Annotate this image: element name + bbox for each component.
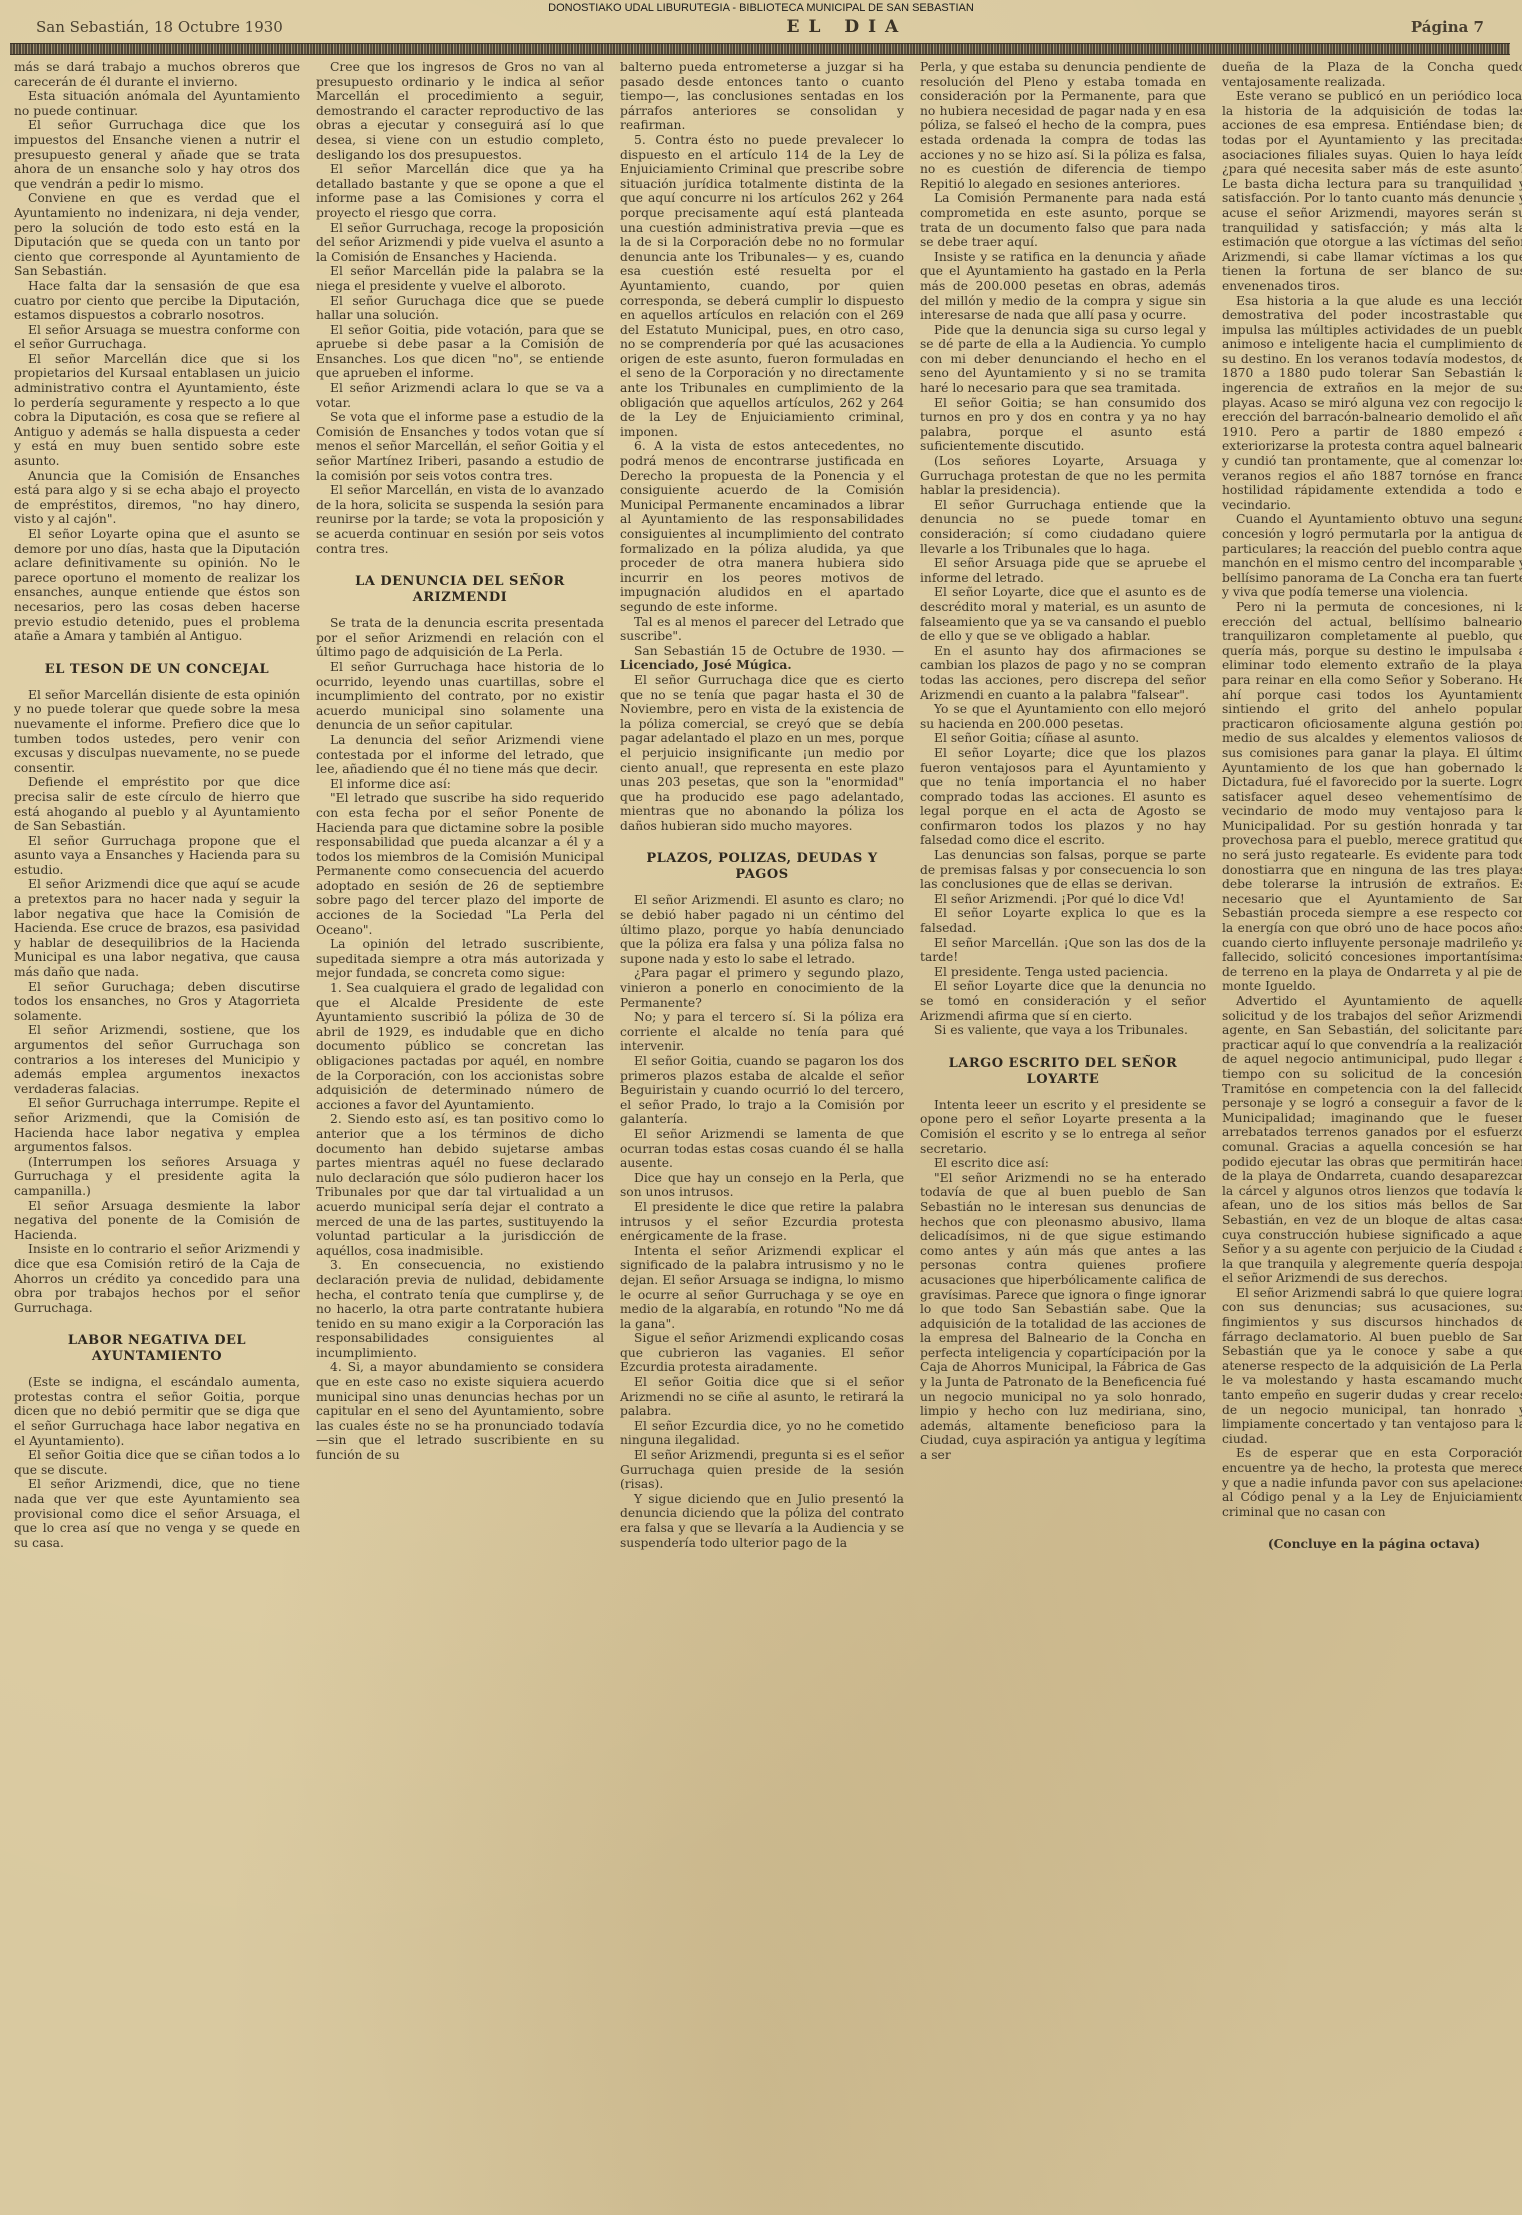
article-paragraph: Defiende el empréstito por que dice prec… xyxy=(14,775,300,833)
article-paragraph: (Los señores Loyarte, Arsuaga y Gurrucha… xyxy=(920,454,1206,498)
masthead-rule xyxy=(10,43,1510,55)
article-paragraph: El señor Guruchaga dice que se puede hal… xyxy=(316,294,604,323)
article-paragraph: El señor Gurruchaga dice que es cierto q… xyxy=(620,673,904,834)
article-paragraph: El señor Arizmendi dice que aquí se acud… xyxy=(14,877,300,979)
article-paragraph: El señor Goitia; se han consumido dos tu… xyxy=(920,396,1206,454)
article-columns: más se dará trabajo a muchos obreros que… xyxy=(12,60,1512,2205)
article-paragraph: El señor Gurruchaga interrumpe. Repite e… xyxy=(14,1096,300,1154)
article-paragraph: Si es valiente, que vaya a los Tribunale… xyxy=(920,1023,1206,1038)
article-paragraph: Conviene en que es verdad que el Ayuntam… xyxy=(14,191,300,279)
article-paragraph: El señor Arizmendi se lamenta de que ocu… xyxy=(620,1127,904,1171)
article-paragraph: 3. En consecuencia, no existiendo declar… xyxy=(316,1258,604,1360)
article-paragraph: Esta situación anómala del Ayuntamiento … xyxy=(14,89,300,118)
article-paragraph: ¿Para pagar el primero y segundo plazo, … xyxy=(620,966,904,1010)
article-paragraph: Pero ni la permuta de concesiones, ni la… xyxy=(1222,600,1522,994)
article-paragraph: El señor Arizmendi, dice, que no tiene n… xyxy=(14,1477,300,1550)
section-heading: EL TESON DE UN CONCEJAL xyxy=(20,662,294,678)
article-paragraph: El presidente. Tenga usted paciencia. xyxy=(920,965,1206,980)
article-paragraph: Dice que hay un consejo en la Perla, que… xyxy=(620,1171,904,1200)
section-heading: LARGO ESCRITO DEL SEÑOR LOYARTE xyxy=(926,1056,1200,1088)
article-paragraph: Es de esperar que en esta Corporación en… xyxy=(1222,1446,1522,1519)
section-heading: LA DENUNCIA DEL SEÑOR ARIZMENDI xyxy=(322,574,598,606)
article-paragraph: Se trata de la denuncia escrita presenta… xyxy=(316,616,604,660)
article-paragraph: 6. A la vista de estos antecedentes, no … xyxy=(620,439,904,614)
article-paragraph: En el asunto hay dos afirmaciones se cam… xyxy=(920,644,1206,702)
article-paragraph: El señor Arizmendi aclara lo que se va a… xyxy=(316,381,604,410)
article-paragraph: El señor Gurruchaga dice que los impuest… xyxy=(14,118,300,191)
masthead: San Sebastián, 18 Octubre 1930 EL DIA Pá… xyxy=(36,14,1484,40)
article-paragraph: Y sigue diciendo que en Julio presentó l… xyxy=(620,1492,904,1550)
signature: Licenciado, José Múgica. xyxy=(620,657,792,672)
article-paragraph: El señor Arizmendi. El asunto es claro; … xyxy=(620,893,904,966)
article-paragraph: Yo se que el Ayuntamiento con ello mejor… xyxy=(920,702,1206,731)
article-paragraph: El señor Marcellán pide la palabra se la… xyxy=(316,264,604,293)
article-paragraph: El señor Guruchaga; deben discutirse tod… xyxy=(14,980,300,1024)
article-paragraph: "El señor Arizmendi no se ha enterado to… xyxy=(920,1171,1206,1463)
article-paragraph: Pide que la denuncia siga su curso legal… xyxy=(920,323,1206,396)
column-4: Perla, y que estaba su denuncia pendient… xyxy=(918,60,1208,2205)
article-paragraph: Cree que los ingresos de Gros no van al … xyxy=(316,60,604,162)
section-heading: PLAZOS, POLIZAS, DEUDAS Y PAGOS xyxy=(626,851,898,883)
article-paragraph: Esa historia a la que alude es una lecci… xyxy=(1222,294,1522,513)
article-paragraph: Anuncia que la Comisión de Ensanches est… xyxy=(14,469,300,527)
article-paragraph: El señor Arizmendi, pregunta si es el se… xyxy=(620,1448,904,1492)
newspaper-title: EL DIA xyxy=(787,17,908,37)
article-paragraph: Este verano se publicó en un periódico l… xyxy=(1222,89,1522,293)
article-paragraph: El escrito dice así: xyxy=(920,1156,1206,1171)
article-paragraph: (Este se indigna, el escándalo aumenta, … xyxy=(14,1375,300,1448)
article-paragraph: El señor Marcellán dice que si los propi… xyxy=(14,352,300,469)
article-paragraph: El señor Arizmendi, sostiene, que los ar… xyxy=(14,1023,300,1096)
article-paragraph: Se vota que el informe pase a estudio de… xyxy=(316,410,604,483)
article-paragraph: dueña de la Plaza de la Concha quedó ven… xyxy=(1222,60,1522,89)
article-paragraph: El presidente le dice que retire la pala… xyxy=(620,1200,904,1244)
article-paragraph: El señor Gurruchaga hace historia de lo … xyxy=(316,660,604,733)
issue-date: San Sebastián, 18 Octubre 1930 xyxy=(36,18,283,36)
article-paragraph: El señor Marcellán. ¡Que son las dos de … xyxy=(920,936,1206,965)
article-paragraph: San Sebastián 15 de Octubre de 1930. — L… xyxy=(620,644,904,673)
page-number: Página 7 xyxy=(1411,18,1484,36)
article-paragraph: Perla, y que estaba su denuncia pendient… xyxy=(920,60,1206,191)
article-paragraph: Intenta el señor Arizmendi explicar el s… xyxy=(620,1244,904,1332)
article-paragraph: "El letrado que suscribe ha sido requeri… xyxy=(316,791,604,937)
article-paragraph: El señor Arsuaga pide que se apruebe el … xyxy=(920,556,1206,585)
article-paragraph: Insiste en lo contrario el señor Arizmen… xyxy=(14,1242,300,1315)
article-paragraph: No; y para el tercero sí. Si la póliza e… xyxy=(620,1010,904,1054)
article-paragraph: 4. Si, a mayor abundamiento se considera… xyxy=(316,1360,604,1462)
library-watermark: DONOSTIAKO UDAL LIBURUTEGIA - BIBLIOTECA… xyxy=(0,2,1522,14)
article-paragraph: La opinión del letrado suscribiente, sup… xyxy=(316,937,604,981)
article-paragraph: Insiste y se ratifica en la denuncia y a… xyxy=(920,250,1206,323)
article-paragraph: El señor Gurruchaga entiende que la denu… xyxy=(920,498,1206,556)
article-paragraph: El señor Arsuaga desmiente la labor nega… xyxy=(14,1199,300,1243)
article-paragraph: Tal es al menos el parecer del Letrado q… xyxy=(620,615,904,644)
article-paragraph: (Interrumpen los señores Arsuaga y Gurru… xyxy=(14,1155,300,1199)
column-2: Cree que los ingresos de Gros no van al … xyxy=(314,60,606,2205)
article-paragraph: El señor Marcellán, en vista de lo avanz… xyxy=(316,483,604,556)
article-paragraph: El señor Loyarte opina que el asunto se … xyxy=(14,527,300,644)
article-paragraph: Hace falta dar la sensasión de que esa c… xyxy=(14,279,300,323)
article-paragraph: Sigue el señor Arizmendi explicando cosa… xyxy=(620,1331,904,1375)
article-paragraph: El señor Goitia dice que si el señor Ari… xyxy=(620,1375,904,1419)
article-paragraph: La Comisión Permanente para nada está co… xyxy=(920,191,1206,249)
article-paragraph: balterno pueda entrometerse a juzgar si … xyxy=(620,60,904,133)
article-paragraph: El señor Arizmendi. ¡Por qué lo dice Vd! xyxy=(920,892,1206,907)
article-paragraph: El señor Gurruchaga propone que el asunt… xyxy=(14,834,300,878)
article-paragraph: más se dará trabajo a muchos obreros que… xyxy=(14,60,300,89)
article-paragraph: El señor Gurruchaga, recoge la proposici… xyxy=(316,221,604,265)
article-paragraph: El señor Goitia dice que se ciñan todos … xyxy=(14,1448,300,1477)
column-1: más se dará trabajo a muchos obreros que… xyxy=(12,60,302,2205)
article-paragraph: El señor Ezcurdia dice, yo no he cometid… xyxy=(620,1419,904,1448)
article-paragraph: 2. Siendo esto así, es tan positivo como… xyxy=(316,1112,604,1258)
article-paragraph: El señor Loyarte, dice que el asunto es … xyxy=(920,585,1206,643)
article-paragraph: El informe dice así: xyxy=(316,777,604,792)
article-paragraph: El señor Goitia, cuando se pagaron los d… xyxy=(620,1054,904,1127)
article-paragraph: El señor Loyarte explica lo que es la fa… xyxy=(920,906,1206,935)
article-paragraph: 1. Sea cualquiera el grado de legalidad … xyxy=(316,981,604,1112)
continuation-note: (Concluye en la página octava) xyxy=(1222,1537,1522,1552)
section-heading: LABOR NEGATIVA DEL AYUNTAMIENTO xyxy=(20,1333,294,1365)
article-paragraph: Advertido el Ayuntamiento de aquella sol… xyxy=(1222,994,1522,1286)
article-paragraph: Cuando el Ayuntamiento obtuvo una seguna… xyxy=(1222,512,1522,600)
article-paragraph: El señor Marcellán disiente de esta opin… xyxy=(14,688,300,776)
article-paragraph: 5. Contra ésto no puede prevalecer lo di… xyxy=(620,133,904,439)
article-paragraph: Las denuncias son falsas, porque se part… xyxy=(920,848,1206,892)
column-3: balterno pueda entrometerse a juzgar si … xyxy=(618,60,906,2205)
article-paragraph: El señor Marcellán dice que ya ha detall… xyxy=(316,162,604,220)
article-paragraph: El señor Arizmendi sabrá lo que quiere l… xyxy=(1222,1286,1522,1447)
column-5: dueña de la Plaza de la Concha quedó ven… xyxy=(1220,60,1522,2205)
article-paragraph: El señor Arsuaga se muestra conforme con… xyxy=(14,323,300,352)
article-paragraph: El señor Loyarte; dice que los plazos fu… xyxy=(920,746,1206,848)
article-paragraph: El señor Goitia; cíñase al asunto. xyxy=(920,731,1206,746)
article-paragraph: La denuncia del señor Arizmendi viene co… xyxy=(316,733,604,777)
article-paragraph: El señor Goitia, pide votación, para que… xyxy=(316,323,604,381)
paragraph-text: San Sebastián 15 de Octubre de 1930. — xyxy=(634,644,904,658)
article-paragraph: El señor Loyarte dice que la denuncia no… xyxy=(920,979,1206,1023)
article-paragraph: Intenta leeer un escrito y el presidente… xyxy=(920,1098,1206,1156)
